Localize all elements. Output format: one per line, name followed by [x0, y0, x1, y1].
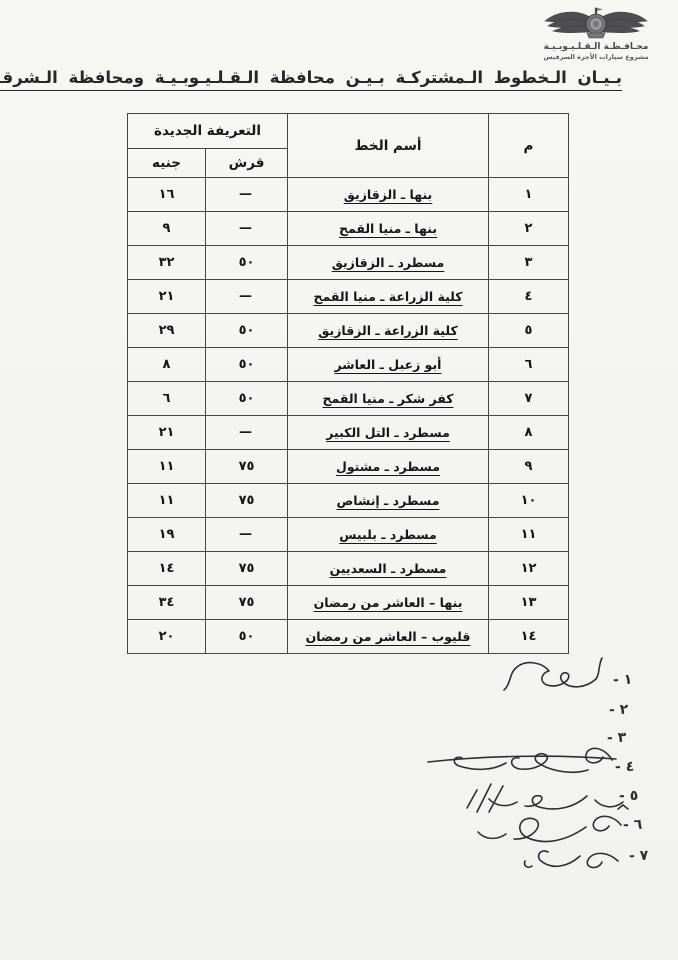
table-row: ٤ كلية الزراعة ـ منيا القمح — ٢١: [128, 280, 569, 314]
fare-pounds: ٢١: [128, 280, 206, 314]
table-row: ٧ كفر شكر ـ منيا القمح ٥٠ ٦: [128, 382, 569, 416]
line-name: مسطرد ـ الزقازيق: [288, 246, 489, 280]
row-index: ٩: [489, 450, 569, 484]
fare-pounds: ٣٤: [128, 586, 206, 620]
logo-org-name: محـافـظـة الـقـلـيـوبـيـة: [538, 42, 654, 52]
table-row: ١٣ بنها – العاشر من رمضان ٧٥ ٣٤: [128, 586, 569, 620]
row-index: ٧: [489, 382, 569, 416]
table-row: ١ بنها ـ الزقازيق — ١٦: [128, 178, 569, 212]
row-index: ١: [489, 178, 569, 212]
table-row: ١٠ مسطرد ـ إنشاص ٧٥ ١١: [128, 484, 569, 518]
handwritten-signature-7: [518, 843, 628, 875]
fare-piasters: ٥٠: [206, 620, 288, 654]
fare-pounds: ٢٩: [128, 314, 206, 348]
logo-dept-name: مشروع سيارات الأجرة السرفيس: [538, 53, 654, 61]
fare-piasters: ٧٥: [206, 484, 288, 518]
row-index: ١٣: [489, 586, 569, 620]
fare-piasters: —: [206, 212, 288, 246]
fare-piasters: ٥٠: [206, 382, 288, 416]
fare-piasters: ٧٥: [206, 450, 288, 484]
fare-pounds: ١٤: [128, 552, 206, 586]
line-name: مسطرد ـ السعديين: [288, 552, 489, 586]
line-name: مسطرد ـ التل الكبير: [288, 416, 489, 450]
fare-pounds: ١٦: [128, 178, 206, 212]
row-index: ٥: [489, 314, 569, 348]
column-header-pounds: جنيه: [128, 149, 206, 178]
page-title: بـيـان الـخطوط الـمشتركـة بـيـن محافظة ا…: [58, 68, 622, 87]
line-name: بنها ـ منيا القمح: [288, 212, 489, 246]
fare-pounds: ٨: [128, 348, 206, 382]
note-marker-1: ١ -: [612, 672, 632, 689]
note-marker-7: ٧ -: [628, 848, 648, 865]
row-index: ١١: [489, 518, 569, 552]
column-header-index: م: [489, 114, 569, 178]
column-header-new-tariff: التعريفة الجديدة: [128, 114, 288, 149]
row-index: ٨: [489, 416, 569, 450]
line-name: بنها – العاشر من رمضان: [288, 586, 489, 620]
line-name: كلية الزراعة ـ منيا القمح: [288, 280, 489, 314]
table-row: ١١ مسطرد ـ بلبيس — ١٩: [128, 518, 569, 552]
note-marker-2: ٢ -: [608, 702, 628, 719]
table-row: ١٢ مسطرد ـ السعديين ٧٥ ١٤: [128, 552, 569, 586]
fare-piasters: —: [206, 280, 288, 314]
table-row: ٣ مسطرد ـ الزقازيق ٥٠ ٣٢: [128, 246, 569, 280]
table-row: ٥ كلية الزراعة ـ الزقازيق ٥٠ ٢٩: [128, 314, 569, 348]
table-row: ٨ مسطرد ـ التل الكبير — ٢١: [128, 416, 569, 450]
line-name: كلية الزراعة ـ الزقازيق: [288, 314, 489, 348]
handwritten-signature-1: [498, 648, 613, 698]
fare-piasters: ٥٠: [206, 348, 288, 382]
line-name: كفر شكر ـ منيا القمح: [288, 382, 489, 416]
column-header-piasters: قرش: [206, 149, 288, 178]
fare-pounds: ٣٢: [128, 246, 206, 280]
fare-pounds: ٢٠: [128, 620, 206, 654]
fare-pounds: ١١: [128, 450, 206, 484]
row-index: ٦: [489, 348, 569, 382]
fare-piasters: —: [206, 178, 288, 212]
line-name: مسطرد ـ إنشاص: [288, 484, 489, 518]
fare-pounds: ١٩: [128, 518, 206, 552]
fare-pounds: ١١: [128, 484, 206, 518]
line-name: قليوب – العاشر من رمضان: [288, 620, 489, 654]
row-index: ١٢: [489, 552, 569, 586]
row-index: ١٠: [489, 484, 569, 518]
row-index: ٢: [489, 212, 569, 246]
line-name: مسطرد ـ بلبيس: [288, 518, 489, 552]
scanned-document-page: محـافـظـة الـقـلـيـوبـيـة مشروع سيارات ا…: [0, 0, 678, 960]
line-name: بنها ـ الزقازيق: [288, 178, 489, 212]
fare-piasters: ٧٥: [206, 586, 288, 620]
fare-table-body: ١ بنها ـ الزقازيق — ١٦ ٢ بنها ـ منيا الق…: [128, 178, 569, 654]
governorate-logo: محـافـظـة الـقـلـيـوبـيـة مشروع سيارات ا…: [538, 6, 654, 61]
table-row: ٩ مسطرد ـ مشتول ٧٥ ١١: [128, 450, 569, 484]
fare-piasters: ٧٥: [206, 552, 288, 586]
fare-pounds: ٦: [128, 382, 206, 416]
fare-piasters: —: [206, 416, 288, 450]
fare-piasters: ٥٠: [206, 314, 288, 348]
fare-piasters: ٥٠: [206, 246, 288, 280]
winged-emblem-icon: [543, 6, 649, 42]
table-row: ٢ بنها ـ منيا القمح — ٩: [128, 212, 569, 246]
row-index: ٣: [489, 246, 569, 280]
fare-table: م أسم الخط التعريفة الجديدة قرش جنيه ١ ب…: [127, 113, 569, 654]
row-index: ٤: [489, 280, 569, 314]
line-name: أبو زعبل ـ العاشر: [288, 348, 489, 382]
table-row: ٦ أبو زعبل ـ العاشر ٥٠ ٨: [128, 348, 569, 382]
fare-piasters: —: [206, 518, 288, 552]
line-name: مسطرد ـ مشتول: [288, 450, 489, 484]
fare-pounds: ٢١: [128, 416, 206, 450]
column-header-line-name: أسم الخط: [288, 114, 489, 178]
fare-pounds: ٩: [128, 212, 206, 246]
